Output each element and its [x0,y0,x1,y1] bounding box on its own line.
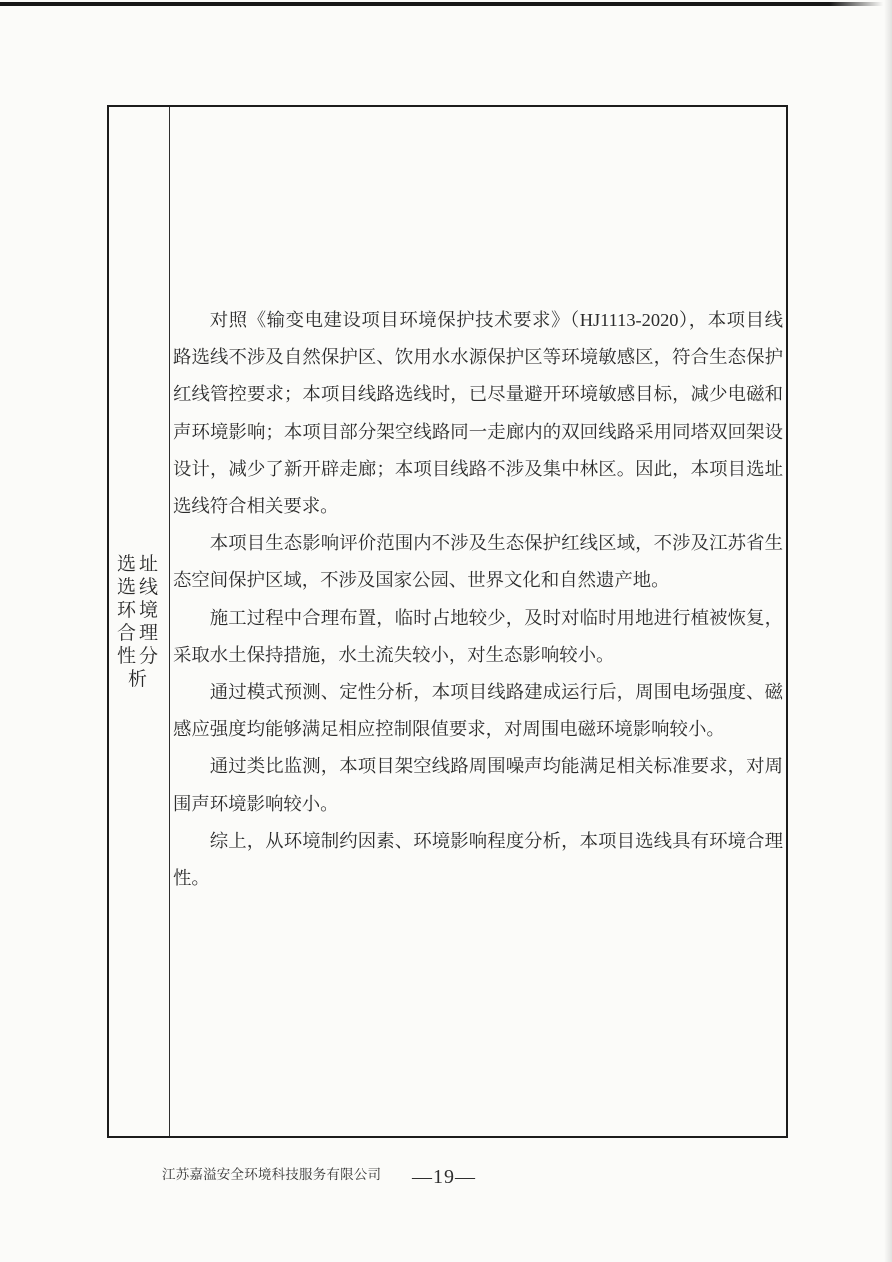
paragraph: 对照《输变电建设项目环境保护技术要求》（HJ1113-2020），本项目线路选线… [173,302,783,525]
row-header-label: 选址选线环境合理性分析 [116,553,163,691]
scan-edge-top [0,2,892,6]
paragraph: 本项目生态影响评价范围内不涉及生态保护红线区域，不涉及江苏省生态空间保护区域，不… [173,525,783,599]
page-number: —19— [412,1166,476,1189]
row-header-cell: 选址选线环境合理性分析 [109,107,170,1136]
footer-company-name: 江苏嘉溢安全环境科技服务有限公司 [162,1163,381,1183]
scan-edge-right [884,0,892,1262]
assessment-table: 选址选线环境合理性分析 对照《输变电建设项目环境保护技术要求》（HJ1113-2… [107,105,788,1138]
paragraph: 综上，从环境制约因素、环境影响程度分析，本项目选线具有环境合理性。 [173,823,783,897]
document-page: { "document": { "table": { "row_label": … [0,0,892,1262]
paragraph: 通过模式预测、定性分析，本项目线路建成运行后，周围电场强度、磁感应强度均能够满足… [173,674,783,748]
table-content-cell: 对照《输变电建设项目环境保护技术要求》（HJ1113-2020），本项目线路选线… [170,107,786,1136]
paragraph: 施工过程中合理布置，临时占地较少，及时对临时用地进行植被恢复，采取水土保持措施，… [173,600,783,674]
paragraph: 通过类比监测，本项目架空线路周围噪声均能满足相关标准要求，对周围声环境影响较小。 [173,748,783,822]
